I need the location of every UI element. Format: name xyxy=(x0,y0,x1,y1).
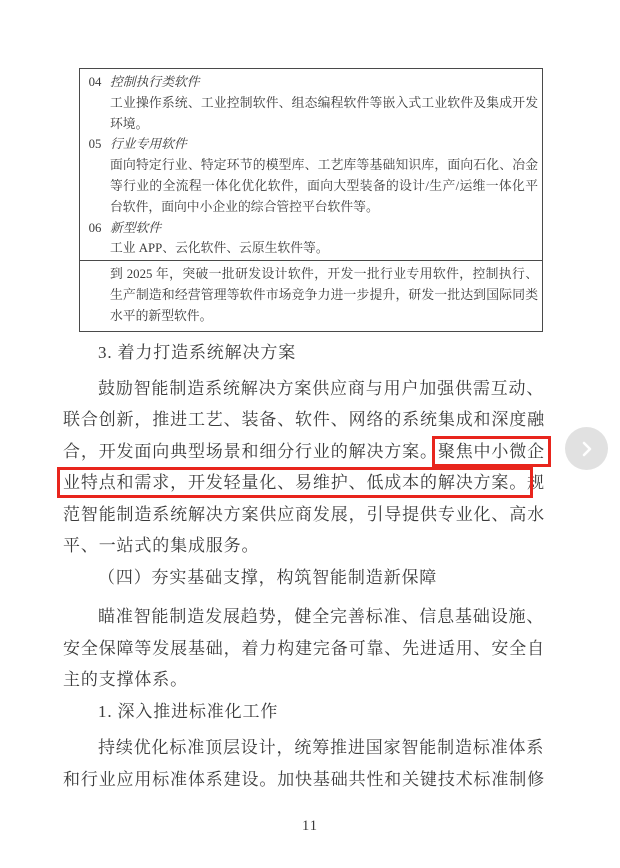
page-number: 11 xyxy=(0,818,620,835)
body-text-segment: 安全保障等发展基础，着力构建完备可靠、先进适用、安全自 xyxy=(63,639,545,658)
table-goal-text: 到 2025 年，突破一批研发设计软件，开发一批行业专用软件，控制执行、生产制造… xyxy=(110,267,538,323)
body-line: 鼓励智能制造系统解决方案供应商与用户加强供需互动、 xyxy=(63,373,583,405)
body-text-segment: 联合创新，推进工艺、装备、软件、网络的系统集成和深度融 xyxy=(63,410,545,429)
table-row-desc: 工业操作系统、工业控制软件、组态编程软件等嵌入式工业软件及集成开发环境。 xyxy=(110,93,538,135)
table-row-desc: 工业 APP、云化软件、云原生软件等。 xyxy=(110,238,538,259)
body-text-segment: 持续优化标准顶层设计，统筹推进国家智能制造标准体系 xyxy=(98,738,544,757)
body-text-segment: （四）夯实基础支撑，构筑智能制造新保障 xyxy=(98,568,437,587)
body-line: 持续优化标准顶层设计，统筹推进国家智能制造标准体系 xyxy=(63,732,583,764)
next-page-button[interactable] xyxy=(565,427,608,470)
table-row-content: 新型软件工业 APP、云化软件、云原生软件等。 xyxy=(110,218,538,260)
body-text: 3. 着力打造系统解决方案鼓励智能制造系统解决方案供应商与用户加强供需互动、联合… xyxy=(63,337,583,795)
body-line: （四）夯实基础支撑，构筑智能制造新保障 xyxy=(63,562,583,594)
table-row-content: 行业专用软件面向特定行业、特定环节的模型库、工艺库等基础知识库，面向石化、冶金等… xyxy=(110,134,538,217)
table-row-number: 04 xyxy=(80,72,110,134)
table-row-desc: 面向特定行业、特定环节的模型库、工艺库等基础知识库，面向石化、冶金等行业的全流程… xyxy=(110,155,538,217)
table-row-number: 05 xyxy=(80,134,110,217)
body-text-segment: 合，开发面向典型场景和细分行业的解决方案。 xyxy=(63,442,438,461)
body-text-segment: 主的支撑体系。 xyxy=(63,670,188,689)
body-line: 平、一站式的集成服务。 xyxy=(63,530,583,562)
highlighted-text: 业特点和需求，开发轻量化、易维护、低成本的解决方案。 xyxy=(63,473,527,492)
table-row-title: 新型软件 xyxy=(110,218,538,239)
body-line: 业特点和需求，开发轻量化、易维护、低成本的解决方案。规 xyxy=(63,467,583,499)
table-row: 04控制执行类软件工业操作系统、工业控制软件、组态编程软件等嵌入式工业软件及集成… xyxy=(80,72,538,134)
body-line: 1. 深入推进标准化工作 xyxy=(63,696,583,728)
highlighted-text: 聚焦中小微企 xyxy=(438,442,545,461)
document-page: 04控制执行类软件工业操作系统、工业控制软件、组态编程软件等嵌入式工业软件及集成… xyxy=(0,0,620,868)
excerpt-table: 04控制执行类软件工业操作系统、工业控制软件、组态编程软件等嵌入式工业软件及集成… xyxy=(79,68,543,332)
body-text-segment: 3. 着力打造系统解决方案 xyxy=(98,343,296,362)
body-line: 合，开发面向典型场景和细分行业的解决方案。聚焦中小微企 xyxy=(63,436,583,468)
body-text-segment: 和行业应用标准体系建设。加快基础共性和关键技术标准制修 xyxy=(63,770,545,789)
body-text-segment: 规 xyxy=(527,473,545,492)
table-row-number: 06 xyxy=(80,218,110,260)
body-text-segment: 1. 深入推进标准化工作 xyxy=(98,702,278,721)
table-row: 05行业专用软件面向特定行业、特定环节的模型库、工艺库等基础知识库，面向石化、冶… xyxy=(80,134,538,217)
body-text-segment: 瞄准智能制造发展趋势，健全完善标准、信息基础设施、 xyxy=(98,607,544,626)
chevron-right-icon xyxy=(578,440,596,458)
body-line: 联合创新，推进工艺、装备、软件、网络的系统集成和深度融 xyxy=(63,404,583,436)
table-row: 06新型软件工业 APP、云化软件、云原生软件等。 xyxy=(80,218,538,260)
table-items: 04控制执行类软件工业操作系统、工业控制软件、组态编程软件等嵌入式工业软件及集成… xyxy=(80,69,542,260)
table-row-title: 行业专用软件 xyxy=(110,134,538,155)
body-line: 安全保障等发展基础，着力构建完备可靠、先进适用、安全自 xyxy=(63,633,583,665)
body-line: 和行业应用标准体系建设。加快基础共性和关键技术标准制修 xyxy=(63,764,583,796)
body-line: 范智能制造系统解决方案供应商发展，引导提供专业化、高水 xyxy=(63,499,583,531)
table-row-title: 控制执行类软件 xyxy=(110,72,538,93)
body-line: 主的支撑体系。 xyxy=(63,664,583,696)
table-goal-row: 到 2025 年，突破一批研发设计软件，开发一批行业专用软件，控制执行、生产制造… xyxy=(80,260,542,330)
body-text-segment: 平、一站式的集成服务。 xyxy=(63,536,259,555)
body-line: 3. 着力打造系统解决方案 xyxy=(63,337,583,369)
table-row-content: 控制执行类软件工业操作系统、工业控制软件、组态编程软件等嵌入式工业软件及集成开发… xyxy=(110,72,538,134)
body-text-segment: 鼓励智能制造系统解决方案供应商与用户加强供需互动、 xyxy=(98,379,544,398)
body-line: 瞄准智能制造发展趋势，健全完善标准、信息基础设施、 xyxy=(63,601,583,633)
body-text-segment: 范智能制造系统解决方案供应商发展，引导提供专业化、高水 xyxy=(63,505,545,524)
